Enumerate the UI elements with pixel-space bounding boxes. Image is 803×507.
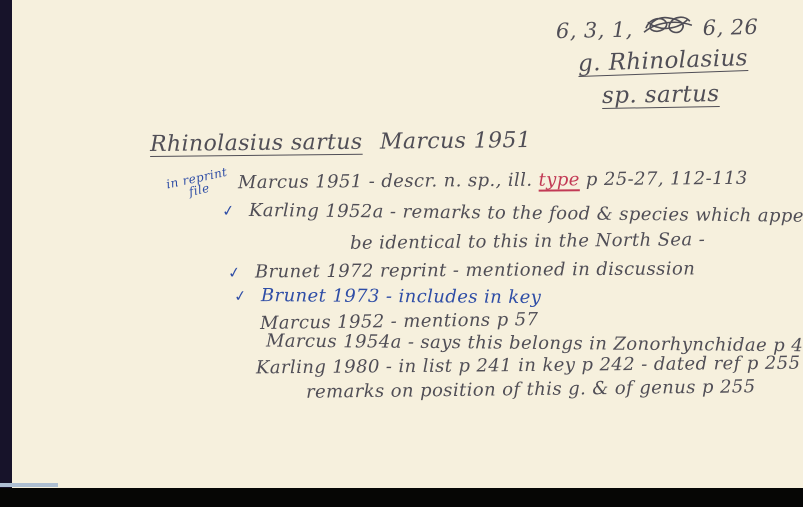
scan-artifact: [0, 483, 58, 487]
species-annotation: sp. sartus: [602, 81, 720, 109]
entry-karling-1980: Karling 1980 - in list p 241 in key p 24…: [256, 353, 801, 379]
entry-karling-1952a: ✓Karling 1952a - remarks to the food & s…: [222, 200, 803, 228]
scribble-icon: [641, 11, 694, 43]
card-title: Rhinolasius sartus Marcus 1951: [150, 128, 532, 157]
type-annotation: type: [538, 169, 579, 190]
margin-note: in reprint file: [164, 166, 232, 203]
author-citation: Marcus 1951: [380, 128, 532, 155]
genus-annotation: g. Rhinolasius: [578, 45, 749, 77]
code-prefix: 6, 3, 1,: [556, 18, 633, 44]
checkmark-icon: ✓: [233, 286, 248, 306]
scan-edge-bottom: [0, 488, 803, 507]
checkmark-icon: ✓: [227, 263, 242, 283]
code-suffix: 6, 26: [703, 15, 759, 40]
entry-karling-1980-continued: remarks on position of this g. & of genu…: [306, 376, 756, 402]
scan-edge-left: [0, 0, 12, 495]
species-name: Rhinolasius sartus: [150, 130, 363, 157]
entry-marcus-1951: Marcus 1951 - descr. n. sp., ill. type p…: [238, 168, 748, 193]
checkmark-icon: ✓: [221, 201, 236, 221]
index-card: 6, 3, 1, 6, 26 g. Rhinolasius sp. sartus…: [0, 0, 803, 507]
entry-brunet-1973: ✓Brunet 1973 - includes in key: [234, 285, 541, 308]
entry-karling-1952a-continued: be identical to this in the North Sea -: [350, 229, 705, 254]
entry-brunet-1972: ✓Brunet 1972 reprint - mentioned in disc…: [228, 258, 695, 282]
